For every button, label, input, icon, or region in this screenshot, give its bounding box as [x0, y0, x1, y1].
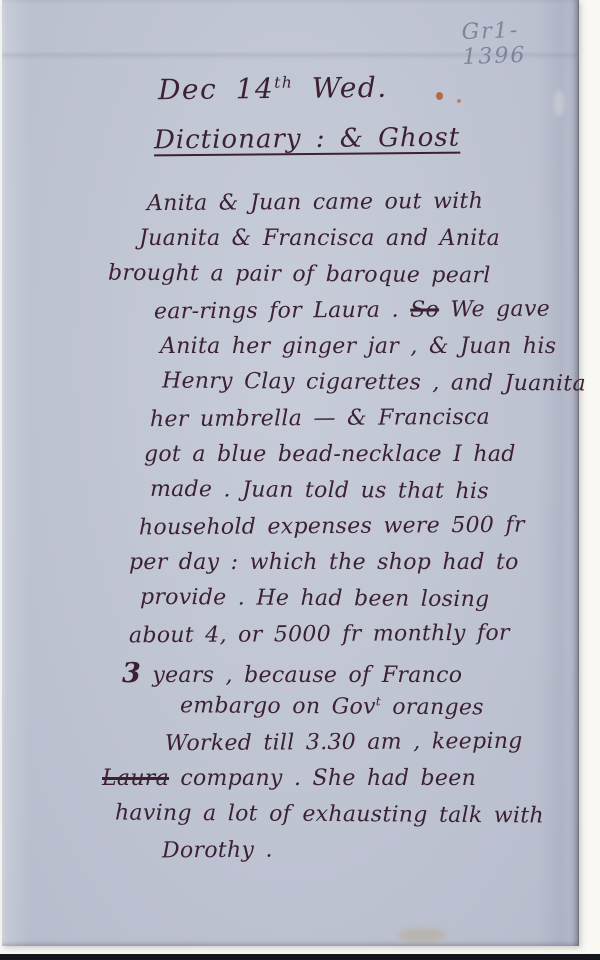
diary-line: her umbrella — & Francisca: [150, 405, 490, 432]
diary-line: ear-rings for Laura . So We gave: [154, 297, 550, 325]
paper-stain-bottom: [398, 928, 446, 942]
diary-line: Henry Clay cigarettes , and Juanita: [162, 369, 586, 397]
diary-line: per day : which the shop had to: [129, 550, 519, 575]
scanner-bed-edge: [0, 954, 600, 960]
diary-line: 3 years , because of Franco: [122, 658, 462, 689]
diary-line: Dorothy .: [162, 838, 273, 864]
diary-line: made . Juan told us that his: [150, 477, 489, 504]
diary-line: having a lot of exhausting talk with: [115, 801, 544, 829]
ink-spot-large: [436, 92, 443, 100]
diary-line: Worked till 3.30 am , keeping: [165, 729, 523, 756]
diary-line: got a blue bead-necklace I had: [144, 442, 516, 467]
diary-line: about 4, or 5000 fr monthly for: [129, 621, 510, 649]
diary-line: Juanita & Francisca and Anita: [139, 226, 500, 251]
paper-smudge-right: [554, 90, 564, 116]
diary-line: Laura company . She had been: [102, 766, 476, 791]
scan-background: Gr1-1396 Dec 14th Wed. Dictionary : & Gh…: [0, 0, 600, 960]
diary-line: provide . He had been losing: [140, 585, 490, 612]
diary-line: household expenses were 500 fr: [139, 513, 525, 541]
diary-line: brought a pair of baroque pearl: [108, 261, 491, 289]
diary-line: Anita her ginger jar , & Juan his: [160, 334, 556, 359]
paper-sheet: Gr1-1396 Dec 14th Wed. Dictionary : & Gh…: [2, 0, 579, 946]
diary-line: Anita & Juan came out with: [147, 189, 483, 216]
diary-line: embargo on Govt oranges: [180, 693, 484, 720]
diary-body: Anita & Juan came out withJuanita & Fran…: [2, 0, 578, 946]
ink-spot-small: [457, 99, 461, 103]
